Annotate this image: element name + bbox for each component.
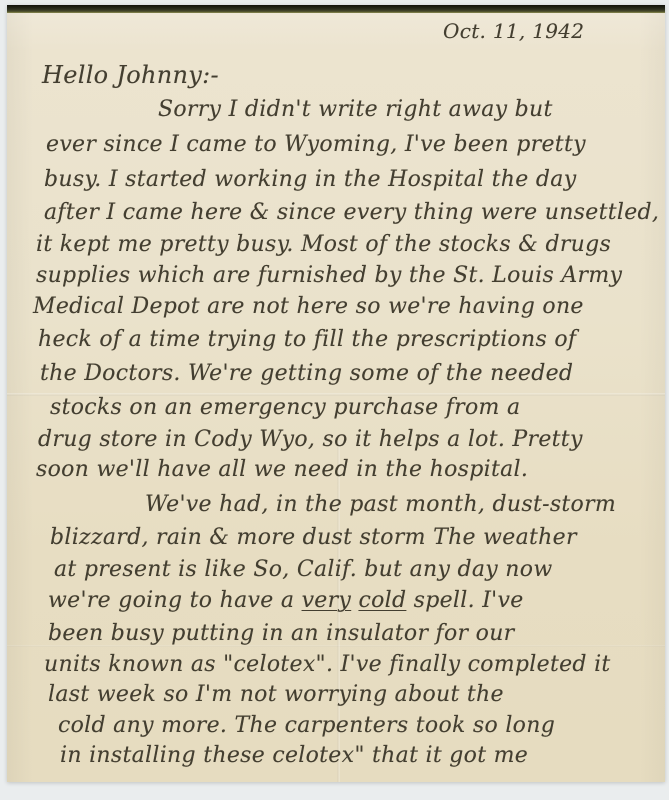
letter-line: We've had, in the past month, dust-storm	[145, 492, 616, 518]
letter-photo: Oct. 11, 1942 Hello Johnny:- Sorry I did…	[0, 0, 669, 800]
letter-line: after I came here & since every thing we…	[44, 200, 659, 226]
letter-text: Oct. 11, 1942 Hello Johnny:- Sorry I did…	[7, 5, 665, 782]
letter-line: units known as "celotex". I've finally c…	[44, 652, 611, 678]
letter-line: it kept me pretty busy. Most of the stoc…	[36, 232, 611, 258]
letter-date: Oct. 11, 1942	[443, 18, 584, 44]
letter-line: Medical Depot are not here so we're havi…	[33, 294, 584, 320]
letter-line: in installing these celotex" that it got…	[60, 743, 528, 769]
letter-line: drug store in Cody Wyo, so it helps a lo…	[38, 427, 583, 453]
letter-line: busy. I started working in the Hospital …	[44, 167, 576, 193]
letter-line: heck of a time trying to fill the prescr…	[38, 327, 576, 353]
letter-line: we're going to have a very cold spell. I…	[48, 588, 524, 614]
letter-line: blizzard, rain & more dust storm The wea…	[50, 525, 577, 551]
letter-line: ever since I came to Wyoming, I've been …	[46, 132, 586, 158]
letter-salutation: Hello Johnny:-	[42, 62, 219, 88]
letter-paper: Oct. 11, 1942 Hello Johnny:- Sorry I did…	[7, 5, 665, 782]
letter-line: supplies which are furnished by the St. …	[36, 263, 622, 289]
letter-line: cold any more. The carpenters took so lo…	[58, 713, 555, 739]
letter-line: Sorry I didn't write right away but	[158, 97, 553, 123]
letter-line: last week so I'm not worrying about the	[48, 682, 504, 708]
letter-line: the Doctors. We're getting some of the n…	[40, 361, 573, 387]
letter-line: been busy putting in an insulator for ou…	[48, 621, 514, 647]
letter-line: at present is like So, Calif. but any da…	[54, 557, 552, 583]
letter-line: stocks on an emergency purchase from a	[50, 395, 520, 421]
letter-line: soon we'll have all we need in the hospi…	[36, 457, 528, 483]
